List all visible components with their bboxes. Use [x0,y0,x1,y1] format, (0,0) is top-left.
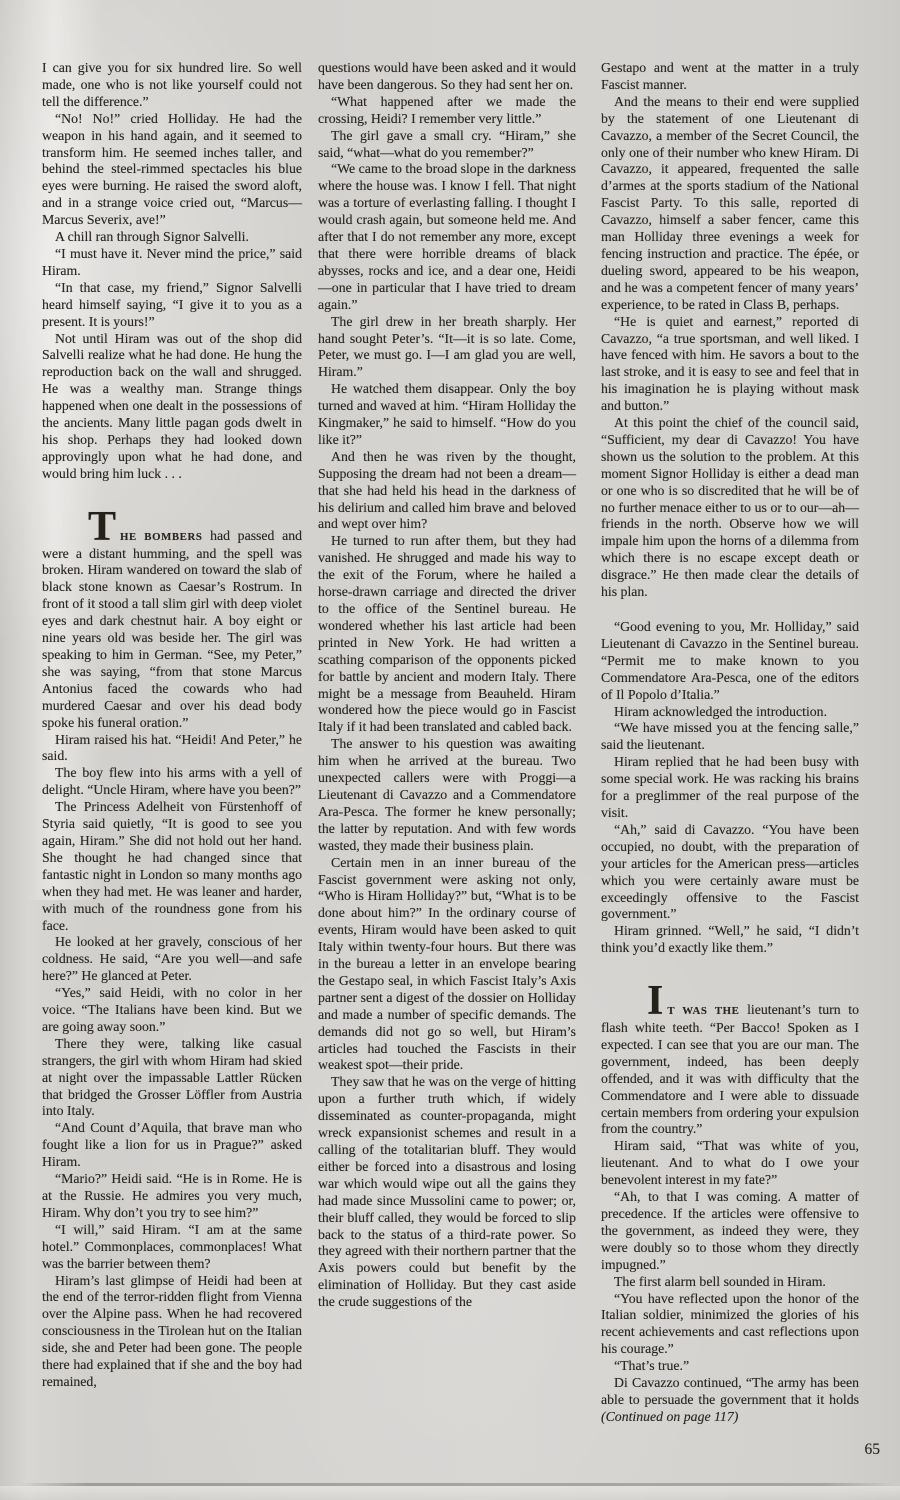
paragraph: The girl drew in her breath sharply. Her… [318,314,576,382]
paragraph: “In that case, my friend,” Signor Salvel… [42,280,302,331]
paragraph: “That’s true.” [601,1358,859,1375]
paragraph: He turned to run after them, but they ha… [318,533,576,736]
paragraph: He looked at her gravely, conscious of h… [42,934,302,985]
paragraph: The girl gave a small cry. “Hiram,” she … [318,128,576,162]
dropcap-paragraph: It was the lieutenant’s turn to flash wh… [601,993,859,1138]
paragraph: Gestapo and went at the matter in a trul… [601,60,859,94]
paragraph: “Yes,” said Heidi, with no color in her … [42,985,302,1036]
paragraph: Not until Hiram was out of the shop did … [42,331,302,483]
paragraph-text: lieutenant’s turn to flash white teeth. … [601,1002,859,1136]
paragraph: “Good evening to you, Mr. Holliday,” sai… [601,619,859,704]
paragraph: “We came to the broad slope in the darkn… [318,161,576,313]
paragraph: “Ah,” said di Cavazzo. “You have been oc… [601,822,859,923]
paragraph: “He is quiet and earnest,” reported di C… [601,314,859,415]
paragraph: Di Cavazzo continued, “The army has been… [601,1375,859,1426]
smallcaps-lead: he bombers [120,531,202,543]
paragraph: “I must have it. Never mind the price,” … [42,246,302,280]
paragraph-text: had passed and were a distant humming, a… [42,528,302,730]
paragraph: Hiram acknowledged the introduction. [601,704,859,721]
paragraph: The answer to his question was awaiting … [318,736,576,854]
paragraph: The first alarm bell sounded in Hiram. [601,1274,859,1291]
column-middle: questions would have been asked and it w… [318,60,576,1311]
paragraph: A chill ran through Signor Salvelli. [42,229,302,246]
paragraph: Hiram grinned. “Well,” he said, “I didn’… [601,923,859,957]
paragraph: The Princess Adelheit von Fürstenhoff of… [42,799,302,934]
scan-bottom-strip [0,1486,900,1500]
paragraph: The boy flew into his arms with a yell o… [42,765,302,799]
dropcap-letter: I [647,978,664,1024]
paragraph: “What happened after we made the crossin… [318,94,576,128]
paragraph: “And Count d’Aquila, that brave man who … [42,1120,302,1171]
paragraph: And then he was riven by the thought, Su… [318,449,576,534]
paragraph: Certain men in an inner bureau of the Fa… [318,855,576,1075]
paragraph: I can give you for six hundred lire. So … [42,60,302,111]
paragraph: Hiram’s last glimpse of Heidi had been a… [42,1273,302,1391]
paragraph: “Mario?” Heidi said. “He is in Rome. He … [42,1171,302,1222]
paragraph: “No! No!” cried Holliday. He had the wea… [42,111,302,229]
paragraph: Hiram raised his hat. “Heidi! And Peter,… [42,732,302,766]
paragraph: At this point the chief of the council s… [601,415,859,601]
paragraph: “Ah, to that I was coming. A matter of p… [601,1189,859,1274]
page-number: 65 [846,1441,880,1459]
paragraph: “I will,” said Hiram. “I am at the same … [42,1222,302,1273]
paragraph: Hiram said, “That was white of you, lieu… [601,1138,859,1189]
column-right: Gestapo and went at the matter in a trul… [601,60,859,1426]
continued-notice: (Continued on page 117) [601,1409,738,1424]
paragraph: questions would have been asked and it w… [318,60,576,94]
dropcap-letter: T [88,504,117,550]
paragraph: Hiram replied that he had been busy with… [601,754,859,822]
paragraph: “You have reflected upon the honor of th… [601,1291,859,1359]
dropcap-paragraph: The bombers had passed and were a distan… [42,519,302,732]
paragraph: “We have missed you at the fencing salle… [601,720,859,754]
paragraph: There they were, talking like casual str… [42,1036,302,1121]
paragraph: They saw that he was on the verge of hit… [318,1074,576,1311]
paragraph: And the means to their end were supplied… [601,94,859,314]
paragraph: He watched them disappear. Only the boy … [318,381,576,449]
paragraph-text: Di Cavazzo continued, “The army has been… [601,1375,859,1407]
smallcaps-lead: t was the [667,1005,739,1017]
column-left: I can give you for six hundred lire. So … [42,60,302,1391]
